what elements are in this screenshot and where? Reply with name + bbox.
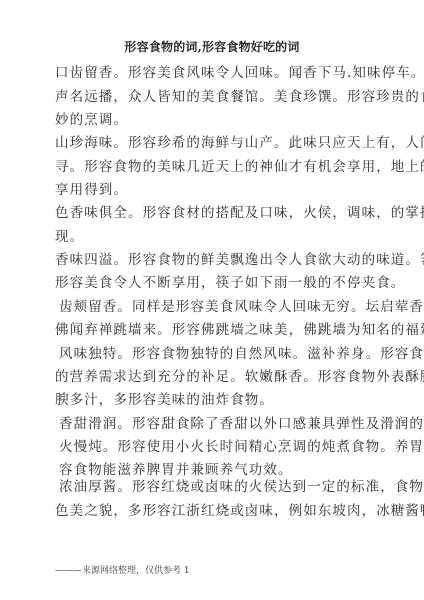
- text-line: 容食物能滋养脾胃并兼顾养气功效。: [59, 462, 379, 478]
- text-line: 现。: [55, 229, 375, 245]
- text-line: 腴多汁，多形容美味的油炸食物。: [55, 392, 375, 408]
- text-line: 寻。形容食物的美味几近天上的神仙才有机会享用，地上的凡人难得: [55, 159, 375, 175]
- text-line: 的营养需求达到充分的补足。软嫩酥香。形容食物外表酥脆，内在丰: [55, 369, 375, 385]
- text-line: 香甜滑润。形容甜食除了香甜以外口感兼具弹性及滑润的滋味。细: [59, 416, 379, 432]
- document-title: 形容食物的词,形容食物好吃的词: [0, 38, 424, 55]
- text-line: 妙的烹调。: [55, 112, 375, 128]
- text-line: 火慢炖。形容使用小火长时间精心烹调的炖煮食物。养胃和气。形: [59, 439, 379, 455]
- text-line: 声名远播，众人皆知的美食餐馆。美食珍馔。形容珍贵的食材加上巧: [55, 89, 375, 105]
- text-line: 齿颊留香。同样是形容美食风味令人回味无穷。坛启荤香飘四邻，: [59, 299, 379, 315]
- text-line: 风味独特。形容食物独特的自然风味。滋补养身。形容食物对身体: [59, 346, 379, 362]
- text-line: 佛闻弃禅跳墙来。形容佛跳墙之味美，佛跳墙为知名的福建佳肴。: [55, 322, 375, 338]
- text-line: 浓油厚酱。形容红烧或卤味的火侯达到一定的标准，食物呈现油亮: [59, 479, 379, 495]
- page-footer: ———来源网络整理，仅供参考 1: [55, 563, 190, 576]
- text-line: 享用得到。: [55, 182, 375, 198]
- text-line: 色美之貌，多形容江浙红烧或卤味，例如东坡肉，冰糖酱鸭，红烧蹄: [55, 503, 375, 519]
- text-line: 形容美食令人不断享用，筷子如下雨一般的不停夹食。: [55, 275, 375, 291]
- text-line: 色香味俱全。形容食材的搭配及口味，火侯，调味，的掌控完美的呈: [55, 205, 375, 221]
- text-line: 香味四溢。形容食物的鲜美飘逸出令人食欲大动的味道。箸如雨下。: [55, 252, 375, 268]
- text-line: 山珍海味。形容珍希的海鲜与山产。此味只应天上有，人间难得几回: [55, 135, 375, 151]
- text-line: 口齿留香。形容美食风味令人回味。闻香下马.知味停车。形容餐馆: [55, 65, 375, 81]
